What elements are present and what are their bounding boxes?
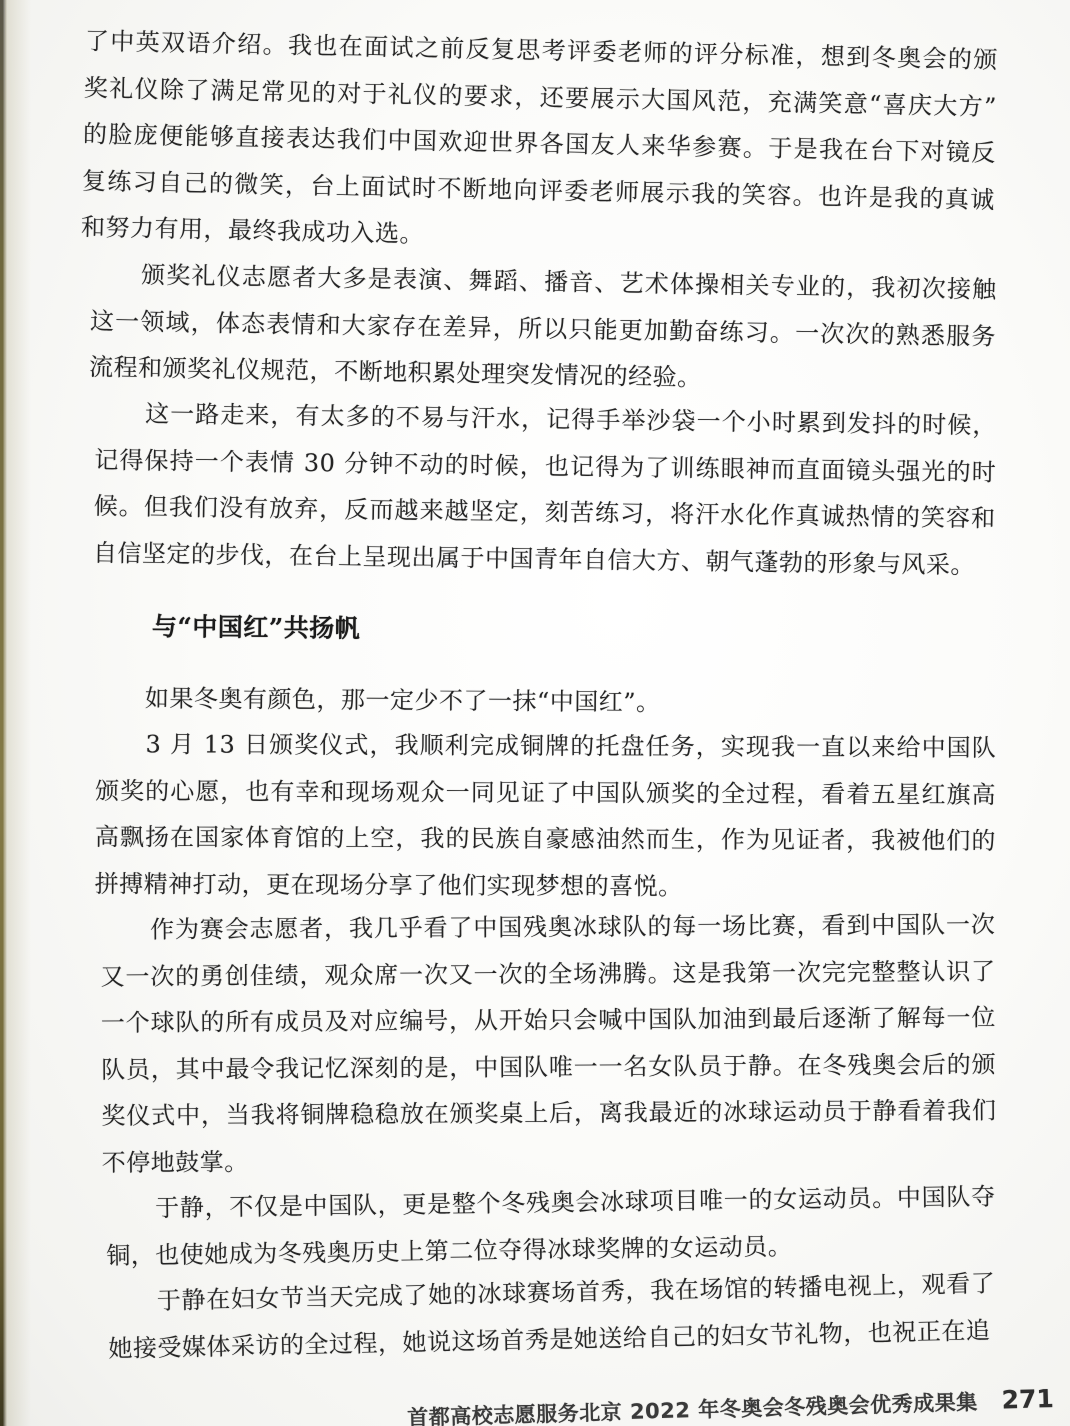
paragraph-block: 3 月 13 日颁奖仪式，我顺利完成铜牌的托盘任务，实现我一直以来给中国队颁奖的… [95,721,997,911]
text-line: 又一次的勇创佳绩，观众席一次又一次的全场沸腾。这是我第一次完完整整认识了 [100,948,995,1000]
text-line: 与“中国红”共扬帆 [152,604,996,659]
paragraph-block: 了中英双语介绍。我也在面试之前反复思考评委老师的评分标准，想到冬奥会的颁奖礼仪除… [81,18,999,270]
paragraph-block: 颁奖礼仪志愿者大多是表演、舞蹈、播音、艺术体操相关专业的，我初次接触这一领域，体… [89,251,997,406]
text-line: 颁奖的心愿，也有幸和现场观众一同见证了中国队颁奖的全过程，看着五星红旗高 [95,768,996,818]
paragraph-block: 这一路走来，有太多的不易与汗水，记得手举沙袋一个小时累到发抖的时候，记得保持一个… [93,390,998,589]
footer-book-title: 首都高校志愿服务北京 2022 年冬奥会冬残奥会优秀成果集 [407,1386,978,1426]
text-line: 高飘扬在国家体育馆的上空，我的民族自豪感油然而生，作为见证者，我被他们的 [95,814,996,864]
paragraph-block: 作为赛会志愿者，我几乎看了中国残奥冰球队的每一场比赛，看到中国队一次又一次的勇创… [100,902,997,1186]
text-line: 如果冬奥有颜色，那一定少不了一抹“中国红”。 [96,675,996,729]
section-heading: 与“中国红”共扬帆 [152,604,996,659]
page-footer: 首都高校志愿服务北京 2022 年冬奥会冬残奥会优秀成果集 271 [407,1384,1054,1426]
page-number: 271 [1001,1384,1054,1414]
text-line: 一个球队的所有成员及对应编号，从开始只会喊中国队加油到最后逐渐了解每一位 [101,995,996,1047]
text-line: 作为赛会志愿者，我几乎看了中国残奥冰球队的每一场比赛，看到中国队一次 [100,902,995,954]
paragraph-block: 于静在妇女节当天完成了她的冰球赛场首秀，我在场馆的转播电视上，观看了她接受媒体采… [107,1260,997,1372]
book-page: 了中英双语介绍。我也在面试之前反复思考评委老师的评分标准，想到冬奥会的颁奖礼仪除… [0,0,1070,1426]
text-line: 3 月 13 日颁奖仪式，我顺利完成铜牌的托盘任务，实现我一直以来给中国队 [95,721,996,771]
text-line: 奖仪式中，当我将铜牌稳稳放在颁奖桌上后，离我最近的冰球运动员于静看着我们 [101,1088,996,1140]
page-edge-shadow [5,0,31,1426]
article-body: 了中英双语介绍。我也在面试之前反复思考评委老师的评分标准，想到冬奥会的颁奖礼仪除… [96,18,996,1372]
paragraph-block: 如果冬奥有颜色，那一定少不了一抹“中国红”。 [96,675,996,729]
text-line: 队员，其中最令我记忆深刻的是，中国队唯一一名女队员于静。在冬残奥会后的颁 [101,1041,996,1093]
